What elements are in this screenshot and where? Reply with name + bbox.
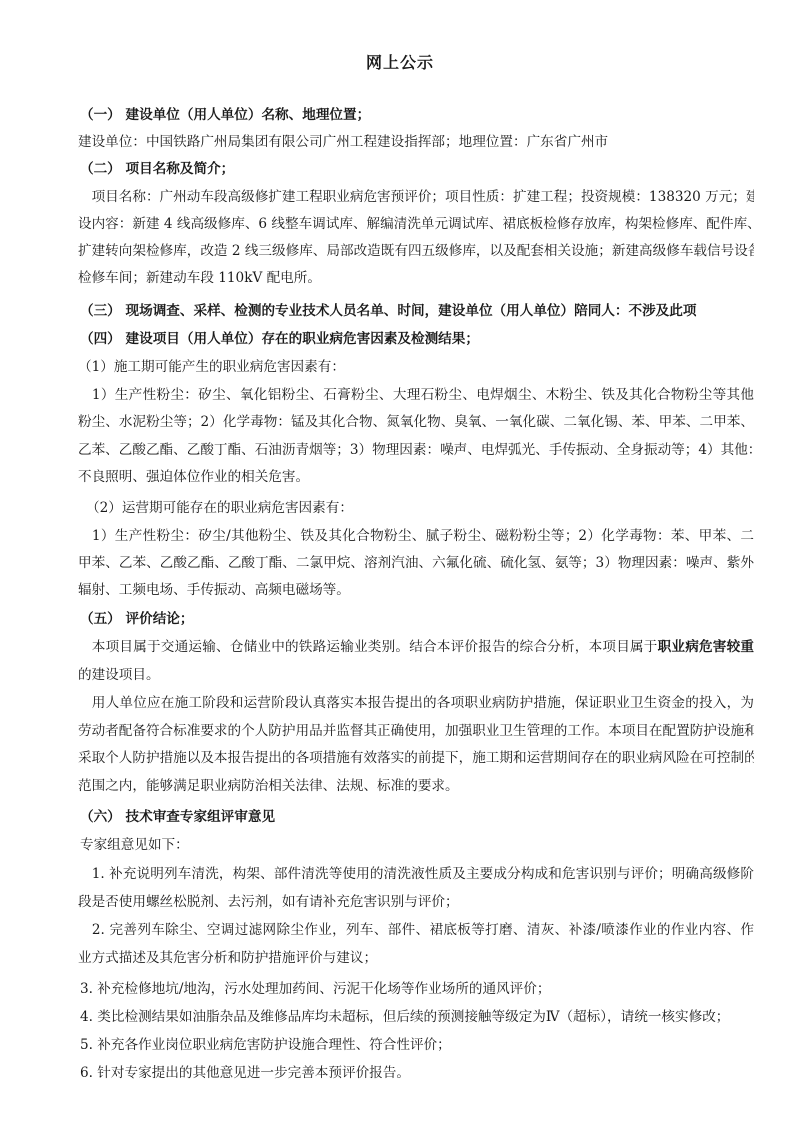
section-5-p2-line: 范围之内，能够满足职业病防治相关法律、法规、标准的要求。 bbox=[78, 777, 754, 795]
expert-opinion-item: 4. 类比检测结果如油脂杂品及维修品库均未超标，但后续的预测接触等级定为Ⅳ（超标… bbox=[80, 1008, 756, 1026]
section-5-p2-line: 劳动者配备符合标准要求的个人防护用品并监督其正确使用，加强职业卫生管理的工作。本… bbox=[78, 722, 754, 740]
section-1-body: 建设单位：中国铁路广州局集团有限公司广州工程建设指挥部；地理位置：广东省广州市 bbox=[78, 133, 754, 151]
section-2-line: 检修车间；新建动车段 110kV 配电所。 bbox=[78, 269, 754, 287]
section-4-sub1-line: 不良照明、强迫体位作业的相关危害。 bbox=[78, 468, 754, 486]
expert-opinion-item: 业方式描述及其危害分析和防护措施评价与建议； bbox=[78, 949, 754, 967]
expert-opinion-item: 1. 补充说明列车清洗，构架、部件清洗等使用的清洗液性质及主要成分构成和危害识别… bbox=[78, 865, 754, 883]
section-4-sub2-line: 辐射、工频电场、手传振动、高频电磁场等。 bbox=[78, 581, 754, 599]
section-6-intro: 专家组意见如下： bbox=[80, 836, 756, 854]
expert-opinion-item: 段是否使用螺丝松脱剂、去污剂，如有请补充危害识别与评价； bbox=[78, 893, 754, 911]
section-4-sub1-label: （1）施工期可能产生的职业病危害因素有： bbox=[78, 358, 754, 376]
section-4-sub2-line: 甲苯、乙苯、乙酸乙酯、乙酸丁酯、二氯甲烷、溶剂汽油、六氟化硫、硫化氢、氨等；3）… bbox=[78, 554, 754, 572]
section-2-heading: （二） 项目名称及简介； bbox=[80, 160, 756, 178]
hazard-level-emphasis: 职业病危害较重 bbox=[658, 639, 754, 655]
section-5-p1-line: 的建设项目。 bbox=[78, 666, 754, 684]
section-5-p1-text: 本项目属于交通运输、仓储业中的铁路运输业类别。结合本评价报告的综合分析，本项目属… bbox=[78, 639, 658, 655]
section-5-heading: （五） 评价结论； bbox=[80, 610, 756, 628]
section-4-sub1-line: 粉尘、水泥粉尘等；2）化学毒物：锰及其化合物、氮氧化物、臭氧、一氧化碳、二氧化锡… bbox=[78, 413, 754, 431]
expert-opinion-item: 6. 针对专家提出的其他意见进一步完善本预评价报告。 bbox=[80, 1064, 756, 1082]
expert-opinion-item: 2. 完善列车除尘、空调过滤网除尘作业，列车、部件、裙底板等打磨、清灰、补漆/喷… bbox=[78, 921, 754, 939]
section-5-p2-line: 采取个人防护措施以及本报告提出的各项措施有效落实的前提下，施工期和运营期间存在的… bbox=[78, 749, 754, 767]
section-2-line: 项目名称：广州动车段高级修扩建工程职业病危害预评价；项目性质：扩建工程；投资规模… bbox=[78, 188, 754, 206]
section-4-sub2-label: （2）运营期可能存在的职业病危害因素有： bbox=[86, 499, 762, 517]
section-3-heading: （三） 现场调查、采样、检测的专业技术人员名单、时间，建设单位（用人单位）陪同人… bbox=[80, 302, 756, 320]
section-6-heading: （六） 技术审查专家组评审意见 bbox=[80, 808, 756, 826]
section-2-line: 设内容：新建 4 线高级修库、6 线整车调试库、解编清洗单元调试库、裙底板检修存… bbox=[78, 215, 754, 233]
page-title: 网上公示 bbox=[0, 50, 800, 73]
section-2-line: 扩建转向架检修库，改造 2 线三级修库、局部改造既有四五级修库，以及配套相关设施… bbox=[78, 242, 754, 260]
expert-opinion-item: 3. 补充检修地坑/地沟，污水处理加药间、污泥干化场等作业场所的通风评价； bbox=[80, 980, 756, 998]
section-5-p1-line: 本项目属于交通运输、仓储业中的铁路运输业类别。结合本评价报告的综合分析，本项目属… bbox=[78, 638, 754, 656]
section-5-p2-line: 用人单位应在施工阶段和运营阶段认真落实本报告提出的各项职业病防护措施，保证职业卫… bbox=[78, 694, 754, 712]
section-4-heading: （四） 建设项目（用人单位）存在的职业病危害因素及检测结果； bbox=[80, 330, 756, 348]
section-1-heading: （一） 建设单位（用人单位）名称、地理位置； bbox=[80, 106, 756, 124]
section-4-sub1-line: 1）生产性粉尘：矽尘、氧化铝粉尘、石膏粉尘、大理石粉尘、电焊烟尘、木粉尘、铁及其… bbox=[78, 386, 754, 404]
expert-opinion-item: 5. 补充各作业岗位职业病危害防护设施合理性、符合性评价； bbox=[80, 1036, 756, 1054]
section-4-sub1-line: 乙苯、乙酸乙酯、乙酸丁酯、石油沥青烟等；3）物理因素：噪声、电焊弧光、手传振动、… bbox=[78, 441, 754, 459]
section-4-sub2-line: 1）生产性粉尘：矽尘/其他粉尘、铁及其化合物粉尘、腻子粉尘、磁粉粉尘等；2）化学… bbox=[78, 527, 754, 545]
